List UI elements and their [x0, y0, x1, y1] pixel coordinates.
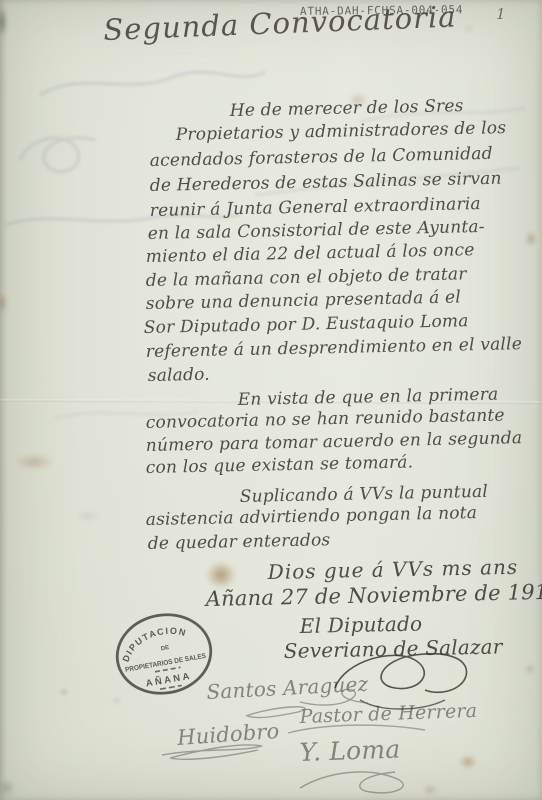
signature-y-loma: Y. Loma	[299, 736, 401, 765]
diputacion-oval-stamp: DIPUTACION DE PROPIETARIOS DE SALES AÑAN…	[107, 604, 220, 704]
body-line-4: de Herederos de estas Salinas se sirvan	[150, 171, 502, 195]
stamp-de-text: DE	[160, 645, 169, 652]
stain	[60, 688, 68, 696]
signature-santos-araguez: Santos Araguez	[206, 674, 369, 702]
stain	[0, 776, 18, 800]
signature-pastor-de-herrera: Pastor de Herrera	[299, 702, 477, 727]
body-line-14: convocatoria no se han reunido bastante	[146, 407, 505, 432]
signer-role: El Diputado	[300, 613, 423, 636]
stain	[523, 228, 539, 250]
pastor-leading-flourish	[246, 707, 305, 718]
stain	[0, 288, 10, 318]
stamp-graphic: DIPUTACION DE PROPIETARIOS DE SALES AÑAN…	[107, 604, 220, 704]
body-line-5: reunir á Junta General extraordinaria	[150, 196, 481, 220]
signer-name-severiano-salazar: Severiano de Salazar	[284, 636, 503, 661]
body-line-6: en la sala Consistorial de este Ayunta-	[148, 219, 485, 243]
stain	[70, 508, 106, 524]
valediction-line: Dios gue á VVs ms ans	[268, 557, 519, 582]
bleed-stroke	[40, 72, 265, 95]
stain	[0, 2, 9, 42]
bleed-stroke	[20, 138, 95, 172]
body-line-10: Sor Diputado por D. Eustaquio Loma	[144, 313, 469, 337]
body-line-19: de quedar enterados	[148, 532, 331, 553]
scanned-letter-page: ATHA-DAH-FCHSA-004-054 1 Segunda Convoca…	[0, 0, 542, 800]
body-line-1: He de merecer de los Sres	[230, 98, 464, 120]
stain	[6, 450, 62, 474]
loma-bottom-loop	[300, 772, 403, 793]
body-line-7: miento el dia 22 del actual á los once	[146, 242, 475, 266]
body-line-12: salado.	[148, 367, 210, 385]
stain	[455, 752, 481, 772]
dateline: Añana 27 de Noviembre de 1912	[206, 582, 542, 610]
stamp-main-text: PROPIETARIOS DE SALES	[125, 653, 207, 674]
letter-title: Segunda Convocatoria	[103, 2, 457, 45]
body-line-18: asistencia advirtiendo pongan la nota	[146, 505, 478, 529]
stain	[463, 24, 475, 34]
body-line-16: con los que existan se tomará.	[146, 454, 414, 477]
stain	[113, 697, 120, 704]
body-line-3: acendados forasteros de la Comunidad	[150, 146, 493, 170]
signature-huidobro: Huidobro	[177, 721, 281, 749]
body-line-15: número para tomar acuerdo en la segunda	[146, 430, 523, 455]
body-line-11: referente á un desprendimiento en el val…	[146, 336, 523, 361]
body-line-9: sobre una denuncia presentada á el	[146, 289, 461, 313]
stain	[524, 662, 536, 676]
body-line-2: Propietarios y administradores de los	[176, 120, 507, 144]
stain	[420, 783, 440, 797]
folio-number: 1	[496, 5, 506, 23]
body-line-8: de la mañana con el objeto de tratar	[146, 266, 467, 290]
